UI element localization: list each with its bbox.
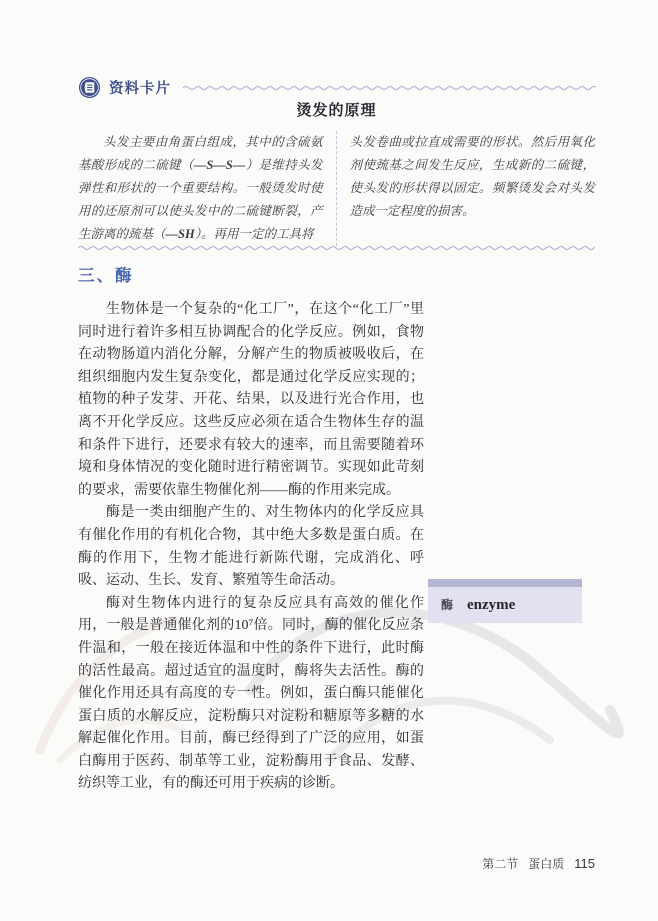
main-body-text: 生物体是一个复杂的“化工厂”，在这个“化工厂”里同时进行着许多相互协调配合的化学…: [78, 299, 424, 796]
card-column-right: 头发卷曲或拉直成需要的形状。然后用氧化剂使巯基之间发生反应，生成新的二硫键，使头…: [337, 131, 596, 246]
card-right-paragraph: 头发卷曲或拉直成需要的形状。然后用氧化剂使巯基之间发生反应，生成新的二硫键，使头…: [350, 131, 596, 223]
card-text: ）。再用一定的工具将: [195, 227, 314, 241]
disulfide-bond-formula: —S—S—: [194, 158, 245, 172]
data-card-icon: [78, 76, 101, 99]
footer-section-label: 第二节: [482, 855, 518, 872]
section-divider-wavy-line: [78, 244, 595, 252]
vocab-term-english: enzyme: [467, 597, 515, 614]
vocab-box-top-strip: [428, 579, 582, 587]
card-columns: 头发主要由角蛋白组成，其中的含硫氨基酸形成的二硫键（—S—S—）是维持头发弹性和…: [78, 131, 595, 246]
page-footer: 第二节 蛋白质 115: [78, 855, 595, 872]
header-wavy-line: [183, 84, 596, 92]
body-paragraph-2: 酶是一类由细胞产生的、对生物体内的化学反应具有催化作用的有机化合物，其中绝大多数…: [78, 502, 424, 592]
page-number: 115: [574, 856, 595, 871]
vocab-box-body: 酶 enzyme: [428, 587, 582, 623]
card-title: 烫发的原理: [78, 99, 595, 120]
card-header-label: 资料卡片: [109, 77, 171, 98]
footer-chapter-label: 蛋白质: [528, 855, 564, 872]
card-left-paragraph: 头发主要由角蛋白组成，其中的含硫氨基酸形成的二硫键（—S—S—）是维持头发弹性和…: [78, 131, 323, 246]
vocab-term-chinese: 酶: [441, 596, 453, 613]
body-paragraph-1: 生物体是一个复杂的“化工厂”，在这个“化工厂”里同时进行着许多相互协调配合的化学…: [78, 299, 424, 502]
vocab-margin-box: 酶 enzyme: [428, 579, 582, 623]
section-heading-enzyme: 三、酶: [78, 262, 134, 286]
body-paragraph-3: 酶对生物体内进行的复杂反应具有高效的催化作用，一般是普通催化剂的10⁷倍。同时，…: [78, 593, 424, 796]
data-card-header: 资料卡片: [78, 76, 596, 99]
card-column-left: 头发主要由角蛋白组成，其中的含硫氨基酸形成的二硫键（—S—S—）是维持头发弹性和…: [78, 131, 337, 246]
textbook-page: ® 资料卡片 烫发的原理 头发主要由角蛋白组成，其中的含硫氨基酸形成的二硫键（—…: [0, 0, 658, 921]
thiol-group-formula: —SH: [166, 227, 195, 241]
